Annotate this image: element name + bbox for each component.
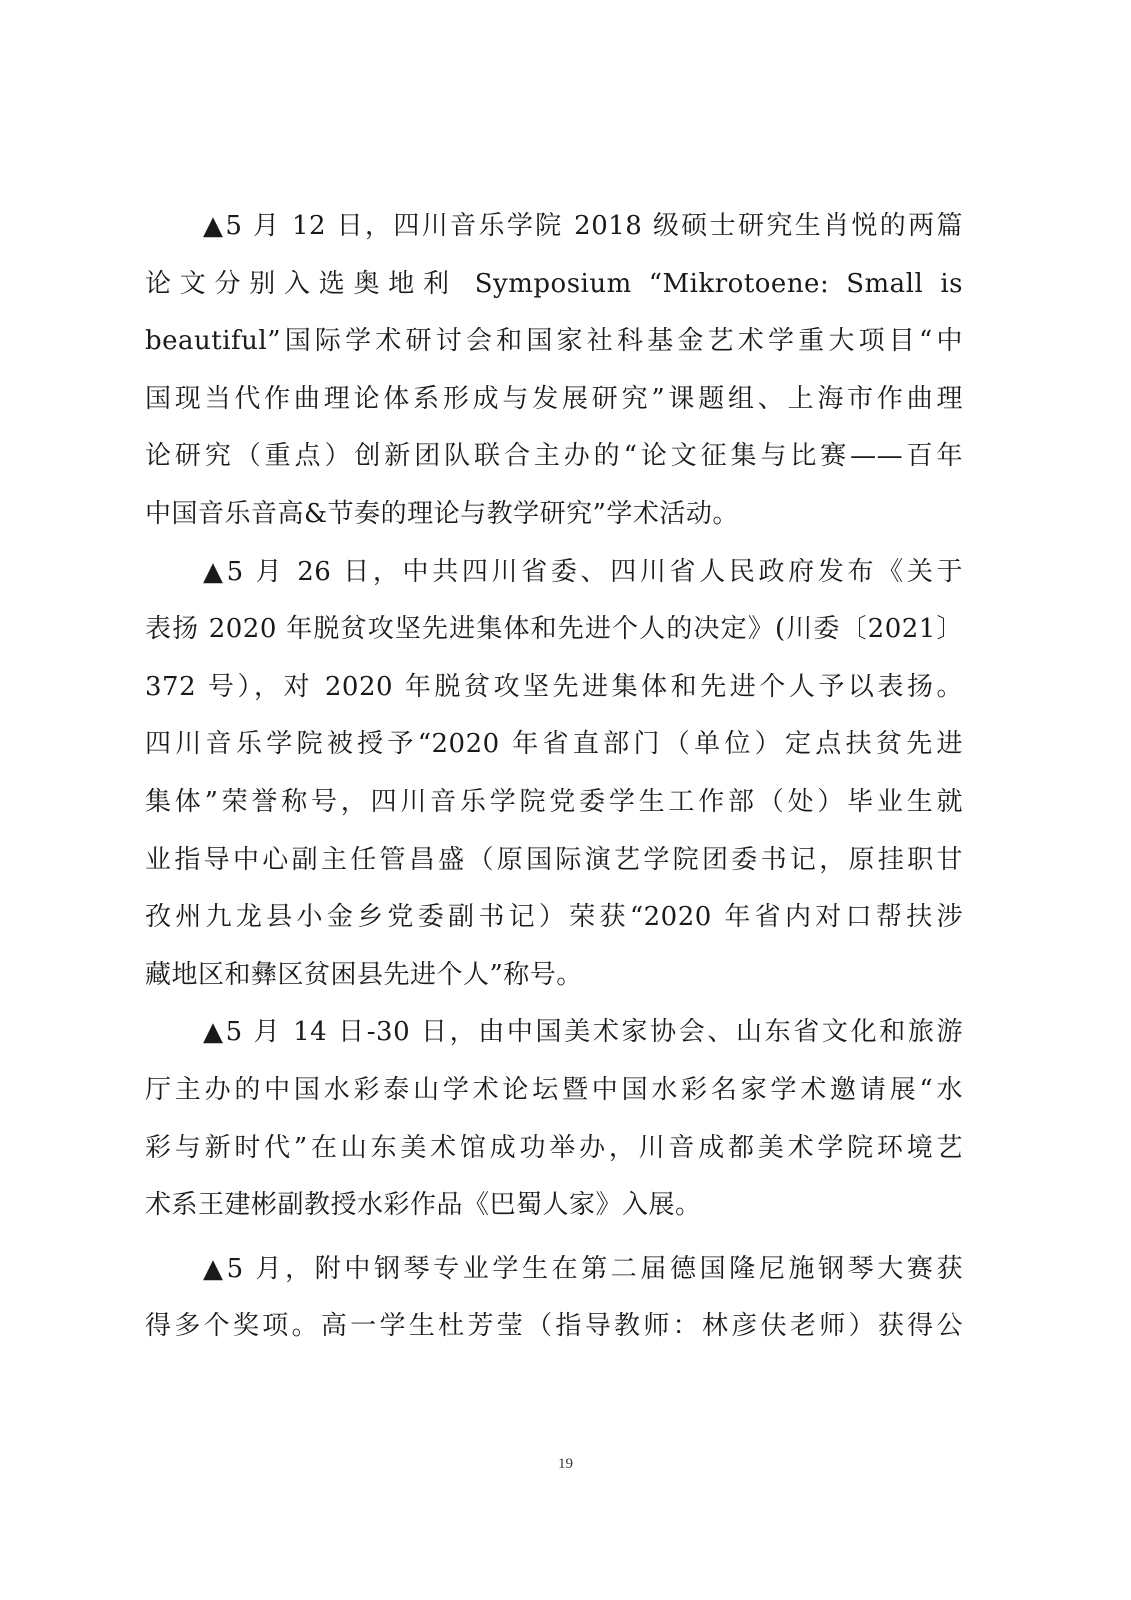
paragraph-poverty-alleviation-award: ▲5 月 26 日，中共四川省委、四川省人民政府发布《关于 表扬 2020 年脱…: [145, 544, 963, 1005]
text-line: 372 号），对 2020 年脱贫攻坚先进集体和先进个人予以表扬。: [145, 659, 963, 717]
paragraph-thesis-selection: ▲5 月 12 日，四川音乐学院 2018 级硕士研究生肖悦的两篇 论文分别入选…: [145, 198, 963, 544]
text-line: 表扬 2020 年脱贫攻坚先进集体和先进个人的决定》(川委〔2021〕: [145, 601, 963, 659]
text-line: 论研究（重点）创新团队联合主办的“论文征集与比赛——百年: [145, 428, 963, 486]
paragraph-piano-competition: ▲5 月，附中钢琴专业学生在第二届德国隆尼施钢琴大赛获 得多个奖项。高一学生杜芳…: [145, 1241, 963, 1356]
text-line: 四川音乐学院被授予“2020 年省直部门（单位）定点扶贫先进: [145, 716, 963, 774]
text-line: 业指导中心副主任管昌盛（原国际演艺学院团委书记，原挂职甘: [145, 832, 963, 890]
text-line: 国现当代作曲理论体系形成与发展研究”课题组、上海市作曲理: [145, 371, 963, 429]
document-body: ▲5 月 12 日，四川音乐学院 2018 级硕士研究生肖悦的两篇 论文分别入选…: [145, 198, 963, 1356]
text-line: 论文分别入选奥地利 Symposium “Mikrotoene: Small i…: [145, 256, 963, 314]
text-line: 中国音乐音高&节奏的理论与教学研究”学术活动。: [145, 486, 963, 544]
text-line: 孜州九龙县小金乡党委副书记）荣获“2020 年省内对口帮扶涉: [145, 889, 963, 947]
text-line: 藏地区和彝区贫困县先进个人”称号。: [145, 947, 963, 1005]
text-line: beautiful”国际学术研讨会和国家社科基金艺术学重大项目“中: [145, 313, 963, 371]
text-line: ▲5 月 12 日，四川音乐学院 2018 级硕士研究生肖悦的两篇: [145, 198, 963, 256]
paragraph-watercolor-exhibition: ▲5 月 14 日-30 日，由中国美术家协会、山东省文化和旅游 厅主办的中国水…: [145, 1004, 963, 1234]
text-line: ▲5 月 26 日，中共四川省委、四川省人民政府发布《关于: [145, 544, 963, 602]
text-line: 集体”荣誉称号，四川音乐学院党委学生工作部（处）毕业生就: [145, 774, 963, 832]
document-page: ▲5 月 12 日，四川音乐学院 2018 级硕士研究生肖悦的两篇 论文分别入选…: [0, 0, 1131, 1600]
text-line: ▲5 月 14 日-30 日，由中国美术家协会、山东省文化和旅游: [145, 1004, 963, 1062]
text-line: 厅主办的中国水彩泰山学术论坛暨中国水彩名家学术邀请展“水: [145, 1062, 963, 1120]
text-line: 术系王建彬副教授水彩作品《巴蜀人家》入展。: [145, 1177, 963, 1235]
text-line: ▲5 月，附中钢琴专业学生在第二届德国隆尼施钢琴大赛获: [145, 1241, 963, 1299]
text-line: 彩与新时代”在山东美术馆成功举办，川音成都美术学院环境艺: [145, 1120, 963, 1178]
text-line: 得多个奖项。高一学生杜芳莹（指导教师：林彦伕老师）获得公: [145, 1298, 963, 1356]
page-number: 19: [0, 1456, 1131, 1473]
